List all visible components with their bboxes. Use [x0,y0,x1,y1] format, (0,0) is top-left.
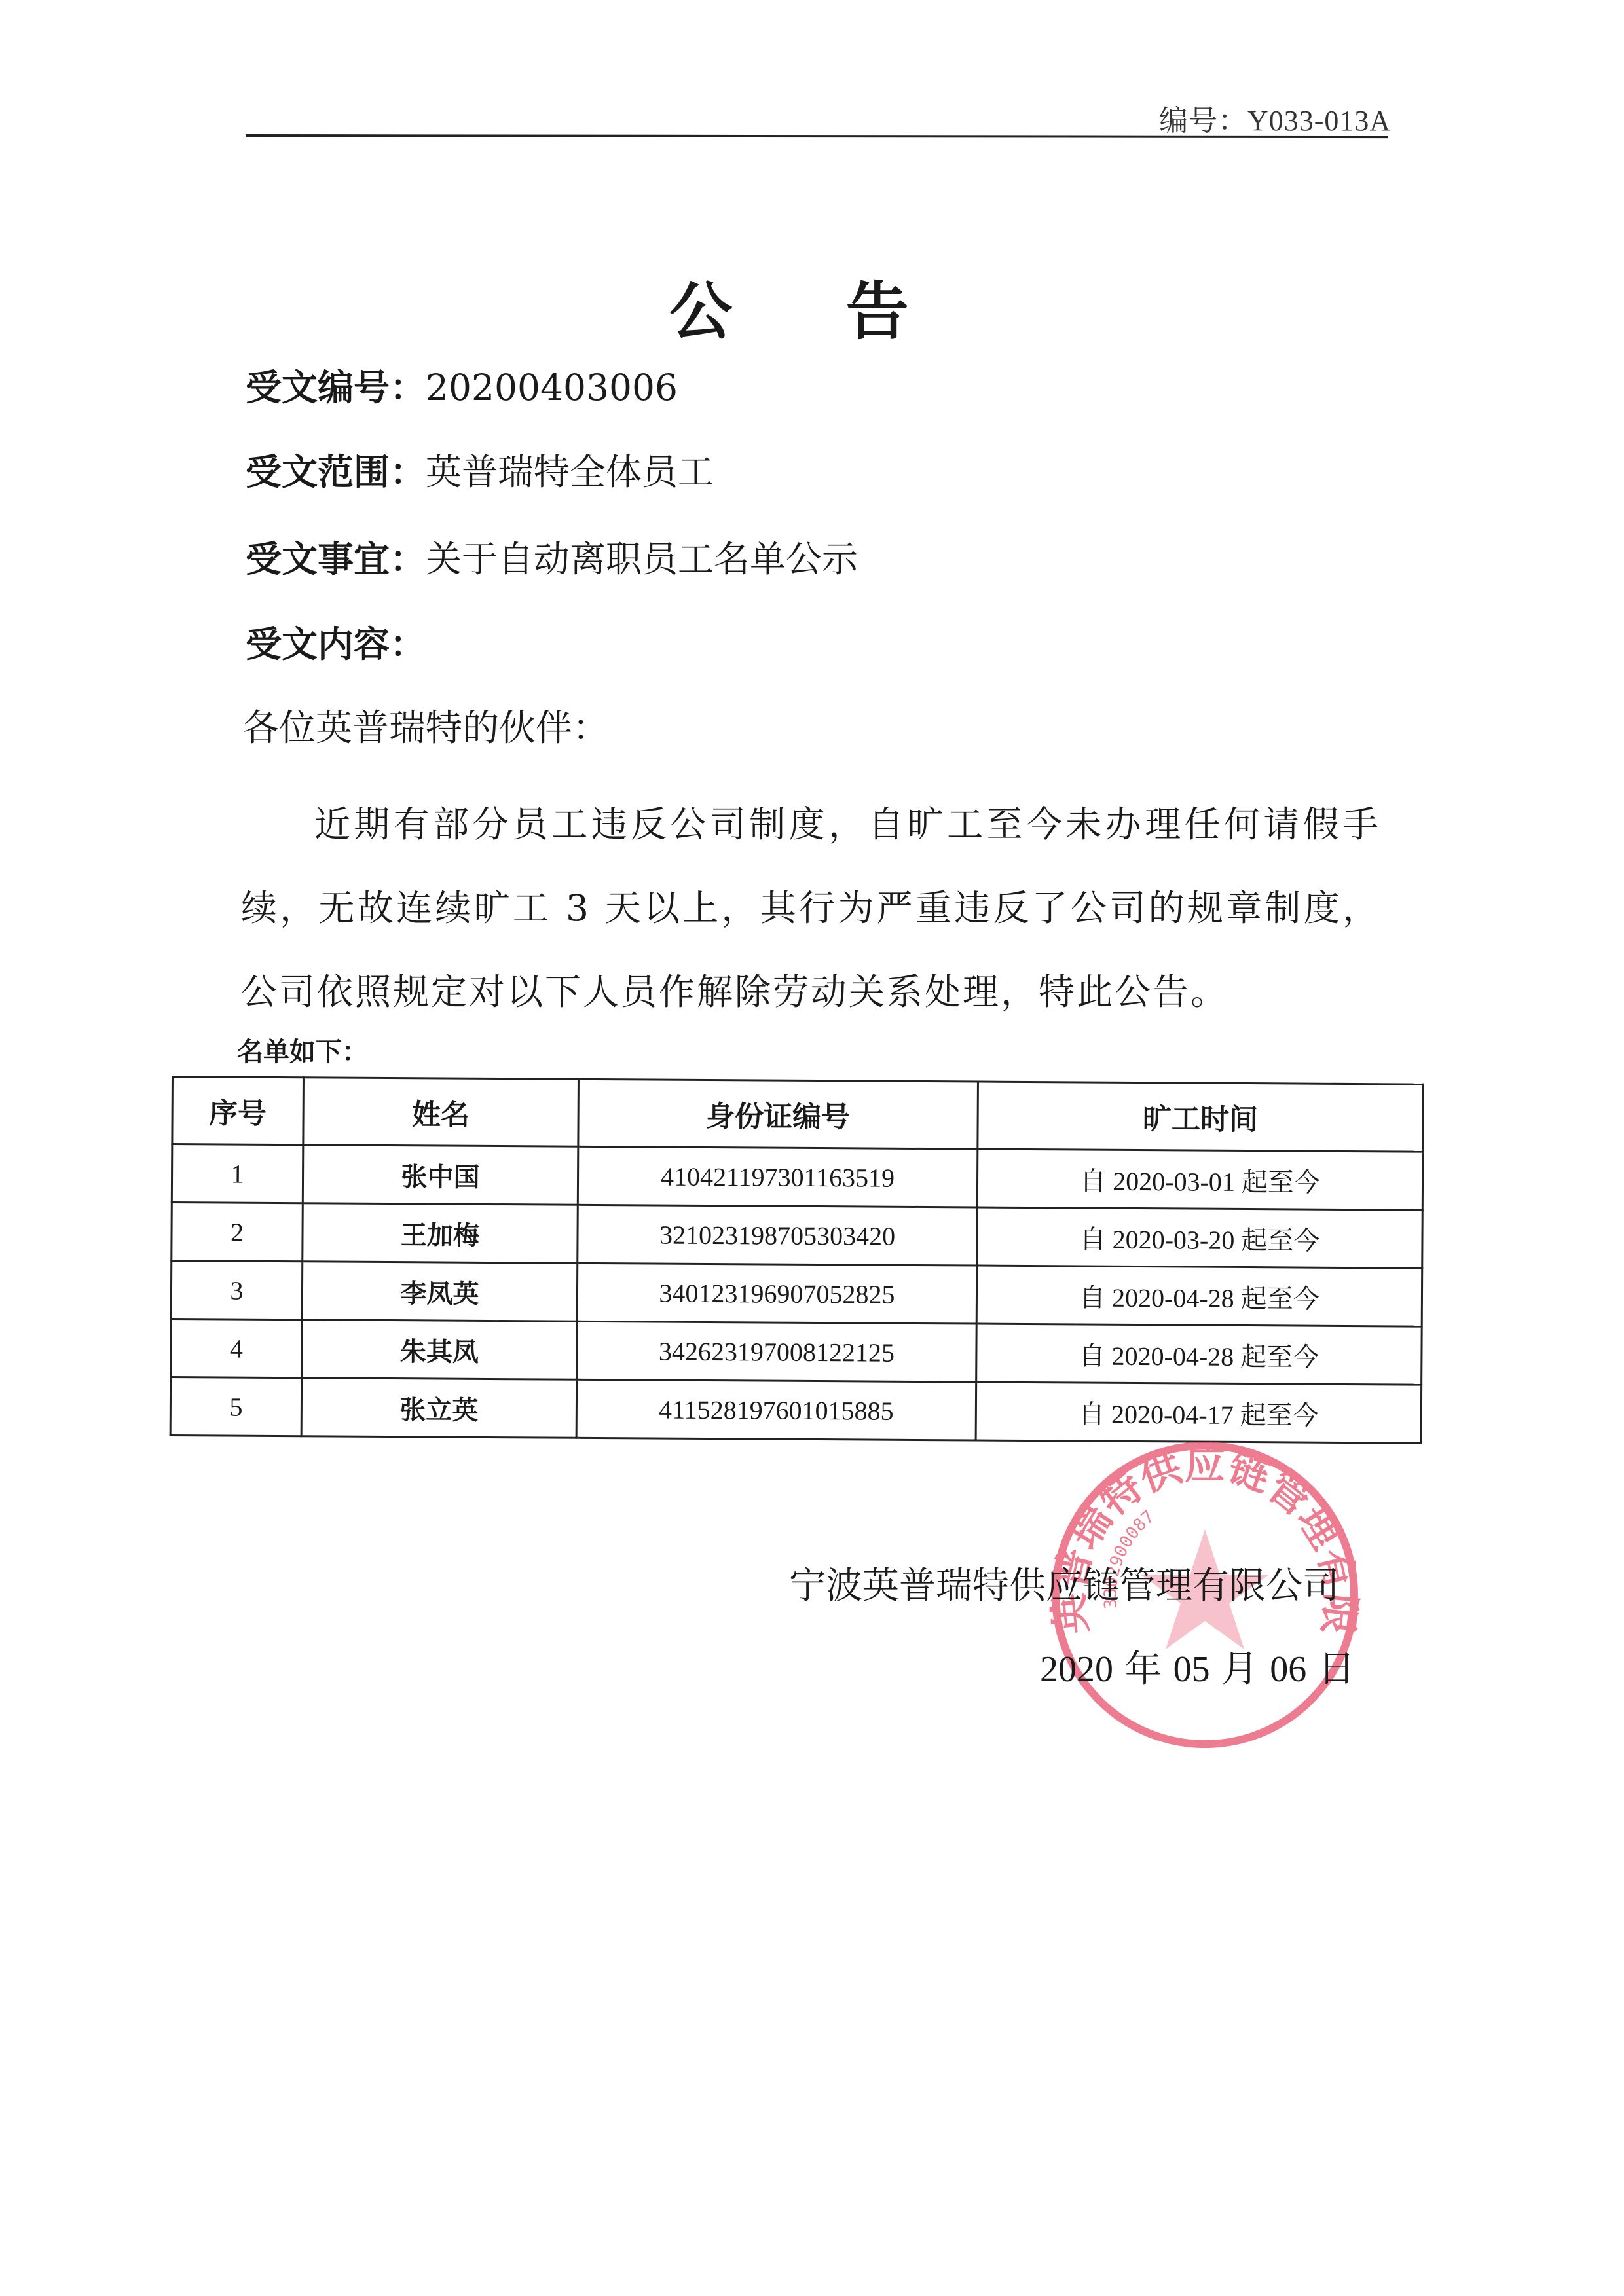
table-row: 1 张中国 410421197301163519 自 2020-03-01 起至… [172,1144,1423,1211]
cell-no: 1 [172,1144,303,1203]
page-title: 公 告 [0,262,1624,352]
cell-no: 3 [171,1261,303,1320]
date-day-unit: 日 [1306,1648,1355,1690]
meta-doc-id: 受文编号：20200403006 [246,359,678,410]
meta-label: 受文内容： [246,623,426,665]
cell-absence: 自 2020-03-01 起至今 [977,1149,1423,1210]
meta-value: 20200403006 [426,367,678,409]
employee-table: 序号 姓名 身份证编号 旷工时间 1 张中国 41042119730116351… [170,1076,1424,1444]
cell-id: 411528197601015885 [576,1379,976,1440]
cell-name: 王加梅 [303,1203,578,1264]
document-number: 编号：Y033-013A [1159,97,1391,139]
meta-value: 关于自动离职员工名单公示 [426,538,858,580]
date-month-unit: 月 [1210,1648,1270,1690]
header-divider [246,134,1388,138]
table-header-row: 序号 姓名 身份证编号 旷工时间 [172,1077,1424,1152]
cell-no: 5 [170,1377,302,1436]
table-row: 3 李凤英 340123196907052825 自 2020-04-28 起至… [171,1261,1422,1327]
document-number-label: 编号： [1159,105,1247,137]
date-year: 2020 [1040,1649,1113,1690]
date-year-unit: 年 [1113,1648,1173,1690]
meta-label: 受文范围： [246,451,426,493]
issue-date: 2020 年 05 月 06 日 [1040,1640,1355,1692]
date-day: 06 [1270,1649,1306,1690]
body-paragraph: 近期有部分员工违反公司制度，自旷工至今未办理任何请假手续，无故连续旷工 3 天以… [241,782,1380,1034]
meta-content: 受文内容： [246,615,426,667]
cell-name: 李凤英 [302,1262,578,1322]
header-no: 序号 [172,1077,304,1145]
cell-absence: 自 2020-03-20 起至今 [977,1207,1423,1268]
date-month: 05 [1173,1649,1210,1690]
company-name: 宁波英普瑞特供应链管理有限公司 [789,1557,1339,1609]
cell-id: 340123196907052825 [577,1263,977,1324]
cell-no: 4 [171,1319,303,1378]
header-id: 身份证编号 [578,1079,978,1149]
meta-label: 受文编号： [246,367,426,409]
meta-label: 受文事宜： [246,538,426,580]
cell-name: 朱其凤 [302,1320,578,1380]
cell-name: 张立英 [301,1378,577,1438]
cell-id: 321023198705303420 [578,1205,978,1266]
list-label: 名单如下： [237,1031,368,1068]
document-number-value: Y033-013A [1247,105,1391,137]
greeting: 各位英普瑞特的伙伴： [242,699,609,752]
cell-id: 342623197008122125 [577,1321,977,1382]
table-row: 4 朱其凤 342623197008122125 自 2020-04-28 起至… [171,1319,1422,1385]
meta-scope: 受文范围：英普瑞特全体员工 [246,443,714,495]
meta-subject: 受文事宜：关于自动离职员工名单公示 [246,530,858,582]
cell-name: 张中国 [303,1145,578,1205]
header-absence: 旷工时间 [978,1082,1424,1152]
table-row: 2 王加梅 321023198705303420 自 2020-03-20 起至… [172,1203,1423,1269]
cell-absence: 自 2020-04-28 起至今 [976,1266,1422,1326]
employee-table-container: 序号 姓名 身份证编号 旷工时间 1 张中国 41042119730116351… [170,1076,1424,1444]
cell-no: 2 [172,1203,303,1262]
meta-value: 英普瑞特全体员工 [426,451,714,493]
header-name: 姓名 [303,1078,579,1147]
cell-id: 410421197301163519 [578,1146,978,1207]
cell-absence: 自 2020-04-28 起至今 [976,1324,1422,1385]
